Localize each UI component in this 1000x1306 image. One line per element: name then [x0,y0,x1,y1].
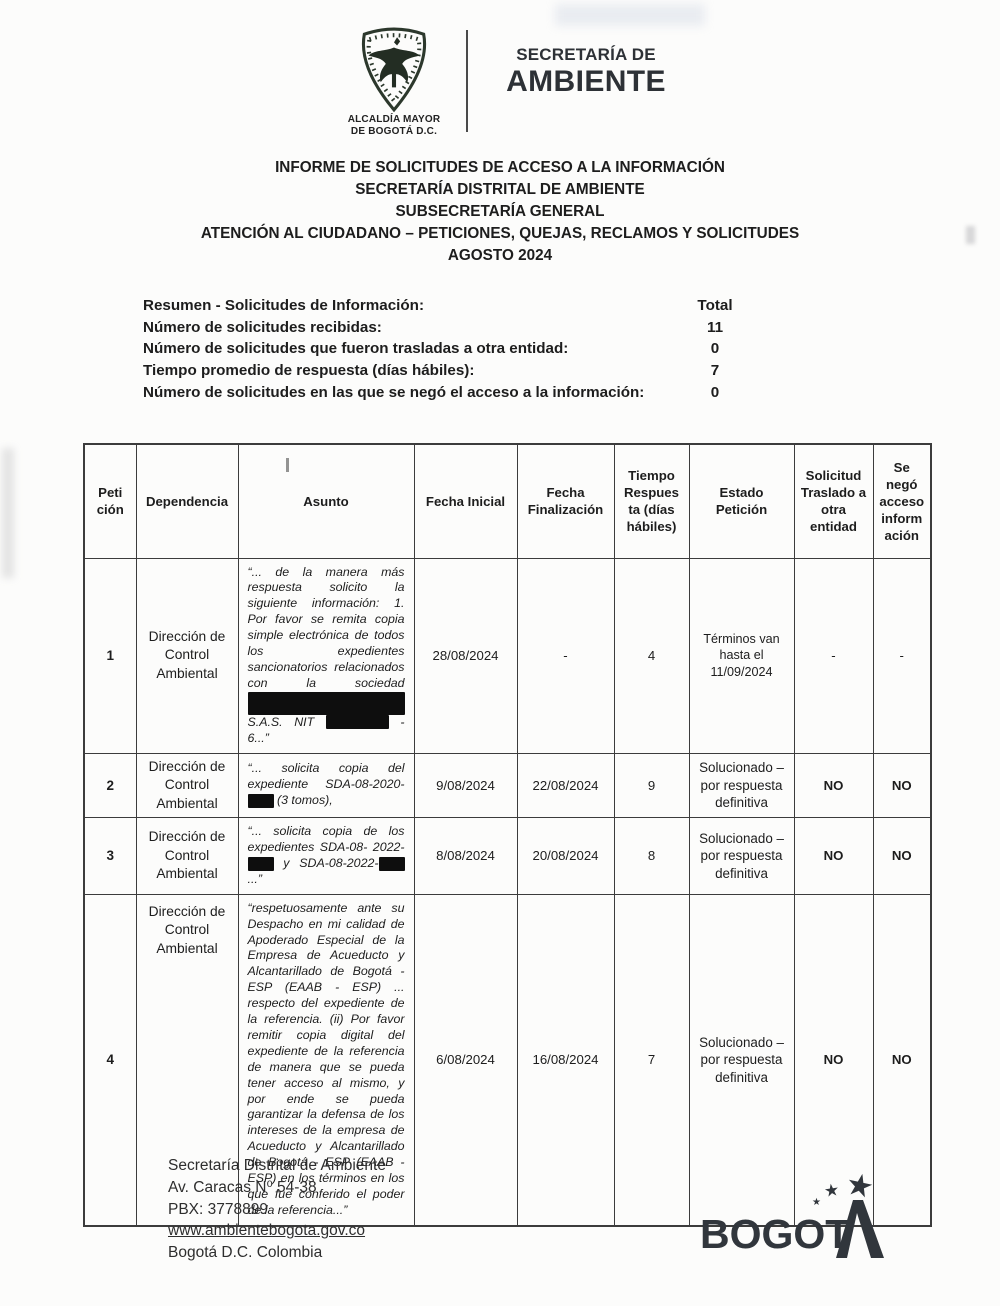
summary-label: Número de solicitudes en las que se negó… [143,382,683,404]
seal-caption-line: ALCALDÍA MAYOR [339,114,449,126]
title-line: INFORME DE SOLICITUDES DE ACCESO A LA IN… [0,157,1000,179]
summary-label: Resumen - Solicitudes de Información: [143,295,683,317]
summary-label: Número de solicitudes recibidas: [143,317,683,339]
bogota-logo-text: BOGOT [700,1214,850,1255]
fecha-inicial-cell: 8/08/2024 [414,818,517,895]
estado-peticion-cell: Solucionado – por respuesta definitiva [689,753,794,818]
seal-caption-line: DE BOGOTÁ D.C. [339,126,449,138]
estado-peticion-cell: Solucionado – por respuesta definitiva [689,894,794,1226]
nego-acceso-cell: NO [873,894,931,1226]
footer-street-address: Av. Caracas N⁰ 54-38 [168,1177,386,1199]
scan-artifact [2,448,14,578]
peticion-cell: 3 [84,818,136,895]
document-title-block: INFORME DE SOLICITUDES DE ACCESO A LA IN… [0,157,1000,267]
lambda-icon [833,1198,887,1258]
summary-row: Número de solicitudes recibidas:11 [143,317,783,339]
document-page: ALCALDÍA MAYOR DE BOGOTÁ D.C. SECRETARÍA… [0,0,1000,1306]
fecha-finalizacion-cell: 16/08/2024 [517,894,614,1226]
dependencia-cell: Dirección de Control Ambiental [136,558,238,753]
table-row: 3Dirección de Control Ambiental“... soli… [84,818,931,895]
footer-entity-name: Secretaría Distrital de Ambiente [168,1155,386,1177]
title-line: SUBSECRETARÍA GENERAL [0,201,1000,223]
dependencia-cell: Dirección de Control Ambiental [136,753,238,818]
redaction-bar [248,794,274,808]
summary-label: Tiempo promedio de respuesta (días hábil… [143,360,683,382]
column-header: Estado Petición [689,444,794,558]
peticion-cell: 1 [84,558,136,753]
nego-acceso-cell: - [873,558,931,753]
column-header: Se negó acceso inform ación [873,444,931,558]
column-header: Asunto [238,444,414,558]
title-line: SECRETARÍA DISTRITAL DE AMBIENTE [0,179,1000,201]
column-header: Fecha Finalización [517,444,614,558]
redaction-bar [379,857,405,871]
fecha-inicial-cell: 28/08/2024 [414,558,517,753]
summary-row: Número de solicitudes que fueron traslad… [143,338,783,360]
redaction-bar [326,715,389,729]
tiempo-respuesta-cell: 7 [614,894,689,1226]
brand-line-bottom: AMBIENTE [486,66,686,98]
tiempo-respuesta-cell: 4 [614,558,689,753]
redaction-bar [248,692,405,715]
column-header: Fecha Inicial [414,444,517,558]
brand-line-top: SECRETARÍA DE [486,44,686,66]
dependencia-cell: Dirección de Control Ambiental [136,818,238,895]
traslado-cell: - [794,558,873,753]
nego-acceso-cell: NO [873,753,931,818]
summary-value: 7 [683,360,747,382]
footer-address-block: Secretaría Distrital de Ambiente Av. Car… [168,1155,386,1264]
asunto-cell: “... solicita copia del expediente SDA-0… [238,753,414,818]
column-header: Peti ción [84,444,136,558]
summary-label: Número de solicitudes que fueron traslad… [143,338,683,360]
column-header: Solicitud Traslado a otra entidad [794,444,873,558]
asunto-cell: “... solicita copia de los expedientes S… [238,818,414,895]
title-line: AGOSTO 2024 [0,245,1000,267]
fecha-inicial-cell: 6/08/2024 [414,894,517,1226]
summary-row: Tiempo promedio de respuesta (días hábil… [143,360,783,382]
tiempo-respuesta-cell: 8 [614,818,689,895]
table-row: 2Dirección de Control Ambiental“... soli… [84,753,931,818]
footer-website-link[interactable]: www.ambientebogota.gov.co [168,1222,365,1239]
star-icon: ★ [812,1198,821,1208]
tiempo-respuesta-cell: 9 [614,753,689,818]
table-header-row: Peti ciónDependenciaAsuntoFecha InicialF… [84,444,931,558]
column-header: Tiempo Respues ta (días hábiles) [614,444,689,558]
peticion-cell: 4 [84,894,136,1226]
table-row: 1Dirección de Control Ambiental“... de l… [84,558,931,753]
header-divider [466,30,468,132]
summary-value: 0 [683,382,747,404]
estado-peticion-cell: Solucionado – por respuesta definitiva [689,818,794,895]
bogota-city-logo: ★ ★ ★ BOGOT [700,1182,900,1282]
column-header: Dependencia [136,444,238,558]
fecha-inicial-cell: 9/08/2024 [414,753,517,818]
asunto-cell: “... de la manera más respuesta solicito… [238,558,414,753]
summary-block: Resumen - Solicitudes de Información:Tot… [143,295,783,404]
traslado-cell: NO [794,818,873,895]
estado-peticion-cell: Términos van hasta el 11/09/2024 [689,558,794,753]
petitions-table: Peti ciónDependenciaAsuntoFecha InicialF… [83,443,932,1227]
fecha-finalizacion-cell: - [517,558,614,753]
summary-row: Resumen - Solicitudes de Información:Tot… [143,295,783,317]
peticion-cell: 2 [84,753,136,818]
summary-value: 0 [683,338,747,360]
nego-acceso-cell: NO [873,818,931,895]
fecha-finalizacion-cell: 22/08/2024 [517,753,614,818]
traslado-cell: NO [794,753,873,818]
footer-phone: PBX: 3778899 [168,1199,386,1221]
scan-artifact [555,4,705,26]
summary-value: 11 [683,317,747,339]
entity-brand: SECRETARÍA DE AMBIENTE [486,44,686,98]
fecha-finalizacion-cell: 20/08/2024 [517,818,614,895]
shield-eagle-icon [354,26,434,114]
redaction-bar [248,857,274,871]
footer-city: Bogotá D.C. Colombia [168,1242,386,1264]
summary-row: Número de solicitudes en las que se negó… [143,382,783,404]
title-line: ATENCIÓN AL CIUDADANO – PETICIONES, QUEJ… [0,223,1000,245]
bogota-coat-of-arms-logo: ALCALDÍA MAYOR DE BOGOTÁ D.C. [339,26,449,138]
summary-value: Total [683,295,747,317]
